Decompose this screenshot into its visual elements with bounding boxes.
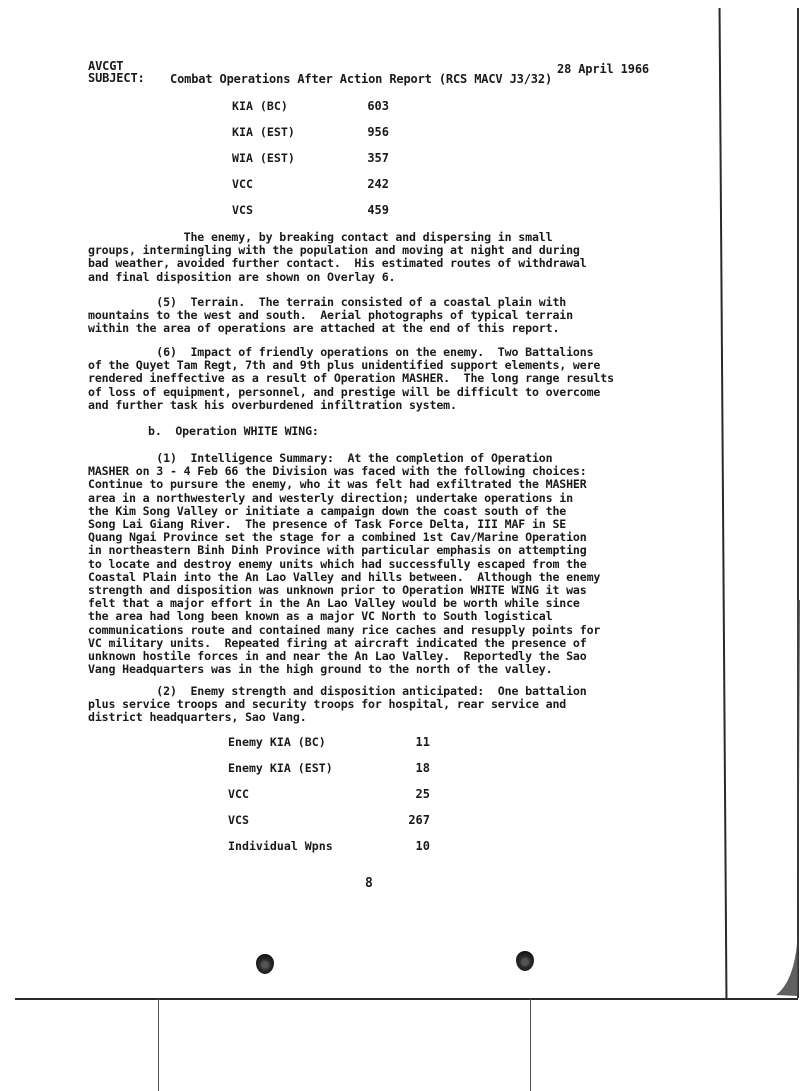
text-line: felt that a major effort in the An Lao V… [88,597,580,610]
row-label: KIA (BC) [232,99,288,113]
text-line: (1) Intelligence Summary: At the complet… [88,452,552,465]
text-line: Continue to pursure the enemy, who it wa… [88,478,587,491]
row-label: Enemy KIA (BC) [228,735,326,749]
row-value: 459 [349,203,389,217]
section-heading-white-wing: b. Operation WHITE WING: [148,425,319,438]
text-line: of loss of equipment, personnel, and pre… [88,386,600,399]
row-value: 956 [349,125,389,139]
subject-line: Combat Operations After Action Report (R… [170,73,552,86]
row-value: 10 [390,839,430,853]
text-line: The enemy, by breaking contact and dispe… [88,231,552,244]
page-number: 8 [365,877,373,890]
text-line: rendered ineffective as a result of Oper… [88,372,614,385]
subject-label: SUBJECT: [88,72,145,85]
row-label: KIA (EST) [232,125,295,139]
lower-divider-right [530,999,531,1091]
text-line: VC military units. Repeated firing at ai… [88,637,587,650]
document-date: 28 April 1966 [557,63,649,76]
punch-hole-left [256,954,274,974]
text-line: area in a northwesterly and westerly dir… [88,492,573,505]
text-line: unknown hostile forces in and near the A… [88,650,587,663]
row-label: VCS [228,813,249,827]
punch-hole-right [516,951,534,971]
row-value: 242 [349,177,389,191]
text-line: plus service troops and security troops … [88,698,566,711]
row-label: VCC [228,787,249,801]
text-line: to locate and destroy enemy units which … [88,558,587,571]
row-label: VCS [232,203,253,217]
text-line: groups, intermingling with the populatio… [88,244,580,257]
row-value: 267 [390,813,430,827]
text-line: Song Lai Giang River. The presence of Ta… [88,518,566,531]
text-line: in northeastern Binh Dinh Province with … [88,544,587,557]
page-bottom-edge [15,998,798,1000]
row-value: 357 [349,151,389,165]
text-line: the area had long been known as a major … [88,610,552,623]
lower-divider-left [158,999,159,1091]
text-line: district headquarters, Sao Vang. [88,711,307,724]
text-line: within the area of operations are attach… [88,322,559,335]
text-line: communications route and contained many … [88,624,600,637]
row-label: WIA (EST) [232,151,295,165]
text-line: mountains to the west and south. Aerial … [88,309,573,322]
document-page: AVCGT 28 April 1966 SUBJECT: Combat Oper… [0,0,803,1091]
text-line: and final disposition are shown on Overl… [88,271,395,284]
row-label: VCC [232,177,253,191]
text-line: Coastal Plain into the An Lao Valley and… [88,571,600,584]
row-value: 603 [349,99,389,113]
text-line: of the Quyet Tam Regt, 7th and 9th plus … [88,359,600,372]
text-line: Quang Ngai Province set the stage for a … [88,531,587,544]
row-label: Enemy KIA (EST) [228,761,333,775]
text-line: and further task his overburdened infilt… [88,399,457,412]
text-line: MASHER on 3 - 4 Feb 66 the Division was … [88,465,587,478]
row-value: 18 [390,761,430,775]
row-value: 11 [390,735,430,749]
text-line: Vang Headquarters was in the high ground… [88,663,552,676]
page-fold-line [719,8,727,998]
page-curl-shadow [770,600,803,1000]
text-line: (6) Impact of friendly operations on the… [88,346,593,359]
text-line: bad weather, avoided further contact. Hi… [88,257,587,270]
row-value: 25 [390,787,430,801]
text-line: strength and disposition was unknown pri… [88,584,587,597]
text-line: (2) Enemy strength and disposition antic… [88,685,587,698]
text-line: (5) Terrain. The terrain consisted of a … [88,296,566,309]
row-label: Individual Wpns [228,839,333,853]
text-line: the Kim Song Valley or initiate a campai… [88,505,566,518]
